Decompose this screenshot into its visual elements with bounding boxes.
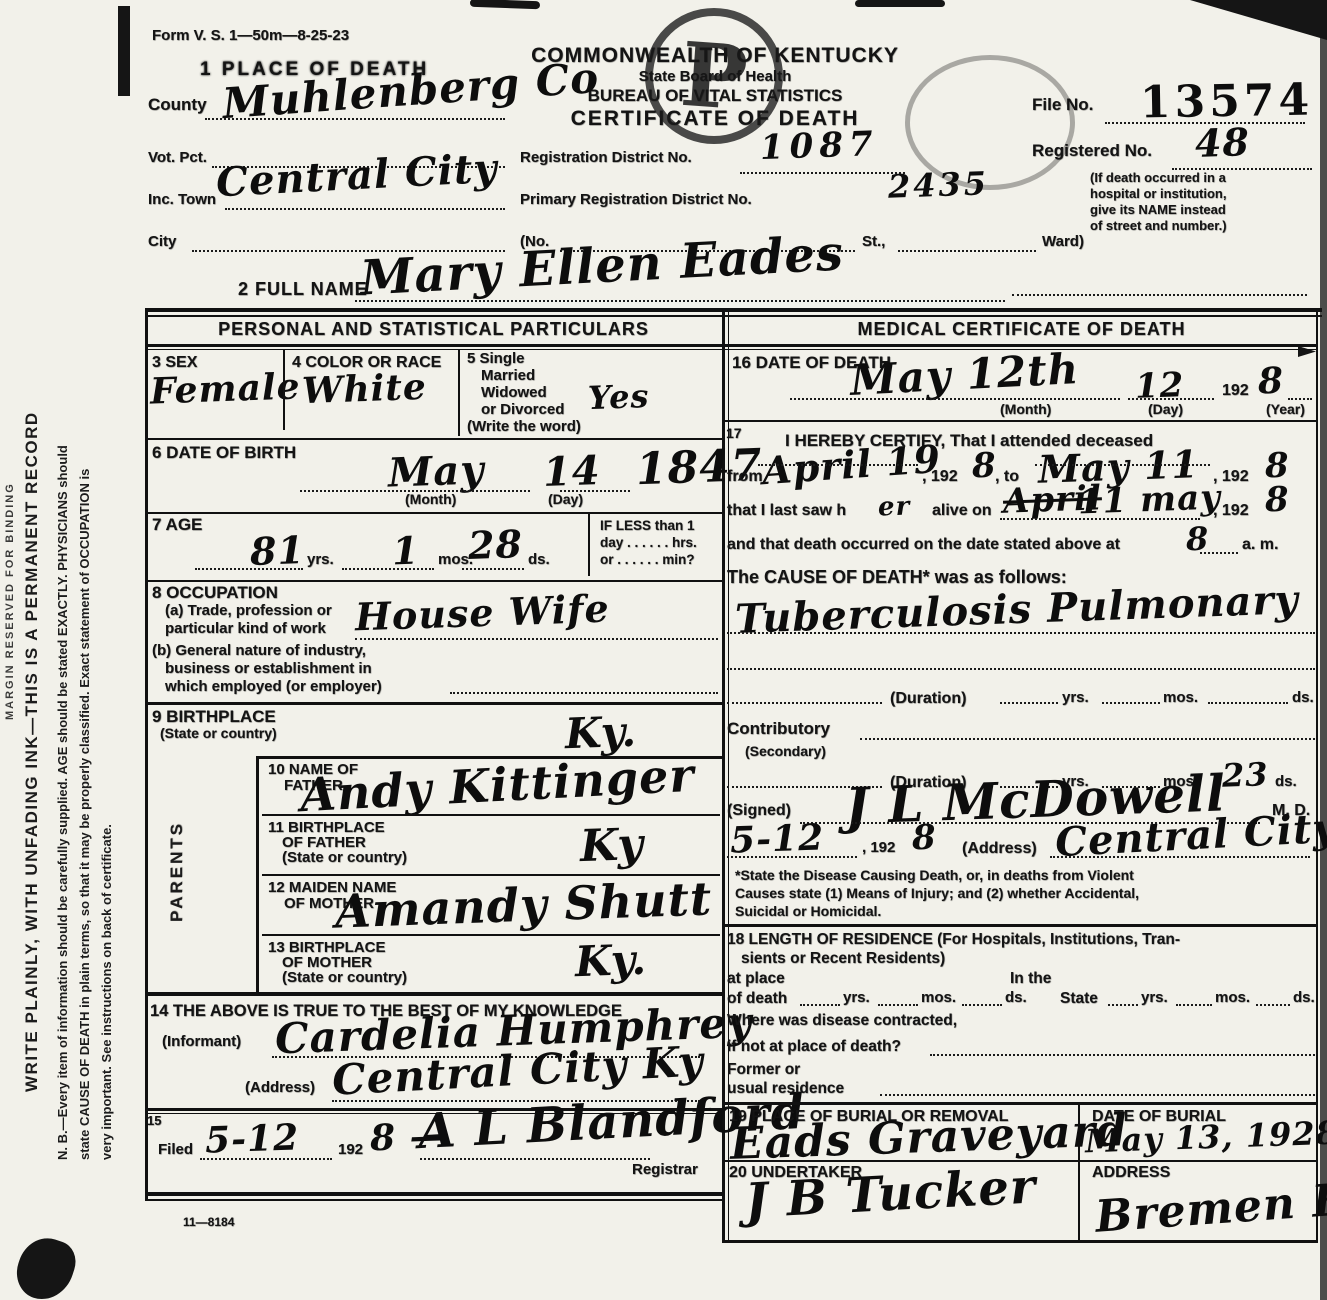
death-occurred-line: and that death occurred on the date stat… (727, 536, 1120, 554)
hospital-note-line: of street and number.) (1090, 218, 1227, 234)
row-rule (722, 420, 1318, 422)
occupation-a-line: particular kind of work (165, 620, 332, 638)
dod-day-caption: (Day) (1148, 402, 1183, 417)
residence-heading: 18 LENGTH OF RESIDENCE (For Hospitals, I… (727, 930, 1180, 968)
residence-line: sients or Recent Residents) (741, 949, 1180, 968)
scan-mark (1298, 346, 1316, 357)
age-yrs-label: yrs. (307, 552, 334, 569)
reg-district-label: Registration District No. (520, 150, 692, 167)
margin-nb-line: N. B.—Every item of information should b… (52, 445, 74, 1160)
age-label: 7 AGE (152, 516, 202, 535)
parents-box-left (256, 756, 259, 992)
form-code: 11—8184 (183, 1216, 234, 1229)
file-no-label: File No. (1032, 96, 1093, 115)
marital-line: 5 Single (467, 350, 581, 367)
age-line (342, 568, 434, 570)
margin-nb-line: state CAUSE OF DEATH in plain terms, so … (74, 445, 96, 1160)
former-line: usual residence (727, 1079, 844, 1098)
registered-no-label: Registered No. (1032, 142, 1152, 161)
marital-line: (Write the word) (467, 418, 581, 435)
row-rule-thick (722, 924, 1318, 927)
top-rule (145, 308, 1322, 312)
mother-bp-line: (State or country) (282, 970, 407, 985)
occupation-a-label: (a) Trade, profession or particular kind… (165, 602, 332, 638)
scan-artifact (470, 0, 540, 9)
personal-title-rule (145, 344, 722, 347)
age-line (195, 568, 303, 570)
left-bottom-rule-2 (145, 1199, 722, 1201)
duration-line (727, 702, 882, 704)
parents-side-label: PARENTS (168, 821, 187, 922)
p-stamp-letter: P (677, 22, 750, 130)
signed-date-value: 5-12 (729, 816, 825, 861)
res-line (1176, 1004, 1212, 1006)
res-ds-1: ds. (1005, 990, 1027, 1007)
filed-line (200, 1158, 332, 1160)
filed-year-printed: 192 (338, 1142, 363, 1159)
inc-town-value: Central City (215, 145, 499, 207)
secondary-label: (Secondary) (745, 744, 826, 759)
occupation-b-line: business or establishment in (165, 660, 382, 678)
certify-number: 17 (726, 426, 742, 441)
death-certificate-scan: MARGIN RESERVED FOR BINDING WRITE PLAINL… (0, 0, 1327, 1300)
undertaker-address-value: Bremen Ky (1094, 1172, 1327, 1242)
cause-of-death-label: The CAUSE OF DEATH* was as follows: (727, 568, 1067, 588)
saw-year-printed: , 192 (1213, 502, 1249, 520)
hospital-note: (If death occurred in a hospital or inst… (1090, 170, 1227, 234)
medical-section-title: MEDICAL CERTIFICATE OF DEATH (725, 320, 1318, 340)
cause-line (727, 632, 1315, 634)
reg-district-value: 1087 (759, 124, 879, 168)
dob-day-caption: (Day) (548, 492, 583, 507)
age-months-value: 1 (391, 528, 420, 574)
footnote-line: Suicidal or Homicidal. (735, 902, 1139, 920)
filed-line-2 (420, 1158, 650, 1160)
dob-month-caption: (Month) (405, 492, 456, 507)
death-time-line (1200, 552, 1238, 554)
former-residence-label: Former or usual residence (727, 1060, 844, 1098)
footnote-line: Causes state (1) Means of Injury; and (2… (735, 884, 1139, 902)
street-label: St., (862, 234, 885, 251)
margin-nb-note: N. B.—Every item of information should b… (52, 445, 118, 1160)
duration1-yrs: yrs. (1062, 690, 1089, 707)
occupation-a-value: House Wife (354, 586, 610, 640)
res-line (800, 1004, 840, 1006)
footnote-line: *State the Disease Causing Death, or, in… (735, 866, 1139, 884)
residence-line: 18 LENGTH OF RESIDENCE (For Hospitals, I… (727, 930, 1180, 949)
from-year-value: 8 (971, 446, 997, 487)
father-birthplace-label: 11 BIRTHPLACE OF FATHER (State or countr… (268, 820, 407, 865)
dod-line (1128, 398, 1214, 400)
signed-year-value: 8 (911, 818, 937, 859)
occupation-b-line-rule (450, 692, 718, 694)
at-place-label: at place (727, 970, 785, 987)
sex-value: Female (149, 365, 301, 412)
duration1-mos: mos. (1163, 690, 1198, 707)
if-less-line: or . . . . . . min? (600, 551, 697, 568)
signed-address-line (1050, 856, 1310, 858)
res-line (878, 1004, 918, 1006)
marital-line: or Divorced (481, 401, 581, 418)
dod-year-caption: (Year) (1266, 402, 1305, 417)
race-value: White (301, 366, 427, 412)
res-line (962, 1004, 1002, 1006)
to-line (1035, 464, 1210, 466)
cell-divider (283, 350, 285, 430)
filed-date-value: 5-12 (204, 1116, 300, 1161)
margin-binding-note: MARGIN RESERVED FOR BINDING (4, 482, 16, 720)
ward-label: Ward) (1042, 234, 1084, 251)
age-days-value: 28 (467, 521, 523, 568)
dob-label: 6 DATE OF BIRTH (152, 444, 296, 463)
if-not-label: if not at place of death? (727, 1038, 901, 1055)
father-bp-line: 11 BIRTHPLACE (268, 820, 407, 835)
hospital-note-line: (If death occurred in a (1090, 170, 1227, 186)
city-label: City (148, 234, 176, 251)
father-birthplace-value: Ky (579, 819, 645, 872)
marital-label: 5 Single Married Widowed or Divorced (Wr… (467, 350, 581, 435)
saw-label: that I last saw h (727, 502, 846, 520)
dod-line (790, 398, 1120, 400)
informant-label: (Informant) (162, 1034, 241, 1051)
former-line: Former or (727, 1060, 844, 1079)
duration-line (1102, 702, 1160, 704)
filed-label: Filed (158, 1142, 193, 1159)
inc-town-label: Inc. Town (148, 192, 216, 209)
if-less-line: day . . . . . . hrs. (600, 534, 697, 551)
age-ds-label: ds. (528, 552, 550, 569)
registrar-label: Registrar (632, 1162, 698, 1179)
county-label: County (148, 96, 207, 115)
primary-reg-label: Primary Registration District No. (520, 192, 752, 209)
in-the-label: In the (1010, 970, 1051, 987)
where-contracted-label: Where was disease contracted, (727, 1012, 957, 1029)
hospital-note-line: give its NAME instead (1090, 202, 1227, 218)
contributory-label: Contributory (727, 720, 830, 739)
dod-month-caption: (Month) (1000, 402, 1051, 417)
from-line (758, 464, 918, 466)
res-yrs-2: yrs. (1141, 990, 1168, 1007)
mother-birthplace-label: 13 BIRTHPLACE OF MOTHER (State or countr… (268, 940, 407, 985)
date-of-death-month-value: May 12th (849, 344, 1080, 405)
mother-bp-line: OF MOTHER (282, 955, 407, 970)
res-mos-2: mos. (1215, 990, 1250, 1007)
primary-reg-value: 2435 (887, 164, 989, 206)
saw-line (1000, 518, 1200, 520)
duration2-ds: ds. (1275, 774, 1297, 791)
p-stamp: P (645, 8, 783, 144)
duration2-days-value: 23 (1221, 755, 1269, 795)
from-year-printed: , 192 (922, 468, 958, 486)
left-bottom-rule (145, 1192, 722, 1196)
of-death-label: of death (727, 990, 787, 1007)
inc-town-line (225, 208, 505, 210)
row-rule (145, 438, 722, 440)
age-line (462, 568, 524, 570)
full-name-label: 2 FULL NAME (238, 280, 368, 300)
margin-nb-line: very important. See instructions on back… (96, 445, 118, 1160)
margin-write-plainly: WRITE PLAINLY, WITH UNFADING INK—THIS IS… (22, 411, 42, 1092)
cell-divider (588, 514, 590, 576)
occupation-a-line-rule (355, 638, 718, 640)
burial-date-value: May 13, 1928 (1084, 1114, 1327, 1161)
state-label: State (1060, 990, 1098, 1007)
reg-district-line (740, 172, 905, 174)
if-less-note: IF LESS than 1 day . . . . . . hrs. or .… (600, 517, 697, 568)
row-rule (145, 580, 722, 582)
res-yrs-1: yrs. (843, 990, 870, 1007)
if-less-line: IF LESS than 1 (600, 517, 697, 534)
saw-label-2: alive on (932, 502, 992, 520)
cell-divider (458, 350, 460, 436)
informant-address-label: (Address) (245, 1080, 315, 1097)
vot-pct-label: Vot. Pct. (148, 150, 207, 167)
row-rule-thick (722, 1102, 1318, 1105)
parents-inner-rule (262, 814, 720, 816)
saw-date-value: 11 may (1077, 478, 1221, 523)
birthplace-label: 9 BIRTHPLACE (152, 708, 276, 727)
occupation-a-line: (a) Trade, profession or (165, 602, 332, 620)
signed-year-printed: , 192 (862, 840, 895, 857)
scan-artifact (10, 1231, 81, 1300)
dod-line (1288, 398, 1312, 400)
full-name-line-2 (1012, 294, 1307, 296)
dob-day-value: 14 (542, 447, 601, 496)
marital-value: Yes (587, 377, 650, 417)
age-years-value: 81 (249, 527, 305, 574)
res-ds-2: ds. (1293, 990, 1315, 1007)
cause-line (727, 668, 1315, 670)
birthplace-sub-label: (State or country) (160, 726, 277, 741)
duration-line (1000, 702, 1058, 704)
signed-address-label: (Address) (962, 840, 1037, 858)
saw-her-value: er (877, 491, 910, 522)
former-line-rule (880, 1094, 1315, 1096)
father-bp-line: (State or country) (282, 850, 407, 865)
marital-line: Widowed (481, 384, 581, 401)
form-number: Form V. S. 1—50m—8-25-23 (152, 28, 349, 45)
date-of-death-year-printed: 192 (1222, 382, 1249, 400)
undertaker-address-label: ADDRESS (1092, 1164, 1170, 1182)
occupation-label: 8 OCCUPATION (152, 584, 278, 603)
res-line (1108, 1004, 1138, 1006)
scan-artifact (855, 0, 945, 7)
personal-section-title: PERSONAL AND STATISTICAL PARTICULARS (145, 320, 722, 340)
res-mos-1: mos. (921, 990, 956, 1007)
top-rule-2 (145, 315, 1322, 317)
from-label: from (727, 468, 763, 486)
date-of-death-year-value: 8 (1257, 360, 1285, 403)
duration1-label: (Duration) (890, 690, 966, 708)
parents-inner-rule (262, 934, 720, 936)
row-rule (145, 702, 722, 705)
father-bp-line: OF FATHER (282, 835, 407, 850)
signed-date-line (727, 856, 857, 858)
if-not-line (930, 1054, 1315, 1056)
row-rule (145, 512, 722, 514)
occupation-b-label: (b) General nature of industry, business… (152, 642, 382, 696)
duration1-ds: ds. (1292, 690, 1314, 707)
left-border (145, 308, 148, 1200)
cause-footnote: *State the Disease Causing Death, or, in… (735, 866, 1139, 920)
scan-artifact (118, 6, 130, 96)
row-rule-thick (145, 992, 722, 996)
saw-year-value: 8 (1264, 480, 1290, 521)
scan-artifact (1320, 0, 1327, 1300)
registered-no-value: 48 (1194, 119, 1250, 166)
personal-title-rule-2 (145, 349, 722, 350)
full-name-value: Mary Ellen Eades (359, 225, 845, 306)
scan-artifact (1190, 0, 1327, 40)
duration-line (1208, 702, 1288, 704)
mother-bp-line: 13 BIRTHPLACE (268, 940, 407, 955)
marital-line: Married (481, 367, 581, 384)
occupation-b-line: which employed (or employer) (165, 678, 382, 696)
filed-number: 15 (147, 1114, 161, 1128)
am-label: a. m. (1242, 536, 1278, 554)
street-line (898, 250, 1036, 252)
occupation-b-line: (b) General nature of industry, (152, 642, 382, 660)
mother-birthplace-value: Ky. (574, 935, 647, 986)
hospital-note-line: hospital or institution, (1090, 186, 1227, 202)
res-line (1256, 1004, 1290, 1006)
right-bottom-rule (722, 1240, 1318, 1243)
contributory-line (860, 738, 1315, 740)
